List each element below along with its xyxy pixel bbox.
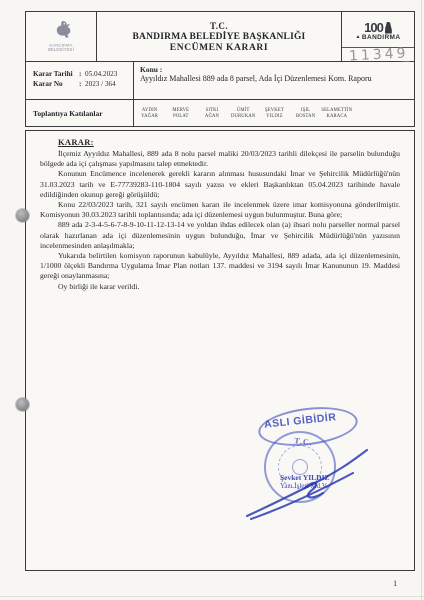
attendee: ÜMİTDURUKAN xyxy=(228,107,259,119)
decision-date: Karar Tarihi:05.04.2023 xyxy=(33,70,133,80)
paper-edge xyxy=(0,596,424,597)
decision-date-no-cell: Karar Tarihi:05.04.2023 Karar No:2023 / … xyxy=(26,62,134,99)
attendee: MERVEPOLAT xyxy=(165,107,196,119)
signature-icon xyxy=(241,428,381,523)
municipality-logo-cell: BANDIRMA BELEDİYESİ xyxy=(26,12,97,61)
scanned-document-page: BANDIRMA BELEDİYESİ T.C. BANDIRMA BELEDİ… xyxy=(0,0,424,600)
title-decision: ENCÜMEN KARARI xyxy=(170,43,268,53)
centenary-logo: 100 ▲ BANDIRMA xyxy=(342,15,414,48)
meta-row-attendees: Toplantıya Katılanlar AYDINYAĞAR MERVEPO… xyxy=(26,100,414,126)
decision-paragraph: Konu 22/03/2023 tarih, 321 sayılı encüme… xyxy=(40,200,400,220)
certification-stamp: ASLI GİBİDİR T.C. Şevket YILDIZ Yazı İşl… xyxy=(245,400,385,525)
attendees-label: Toplantıya Katılanlar xyxy=(33,109,103,118)
title-municipality: BANDIRMA BELEDİYE BAŞKANLIĞI xyxy=(133,32,306,42)
ataturk-silhouette-icon xyxy=(385,22,392,34)
decision-number: Karar No:2023 / 364 xyxy=(33,80,133,90)
page-number: 1 xyxy=(393,578,397,588)
attendee: SELAMETTİNKARACA xyxy=(321,107,352,119)
attendee: SITKIAĞAN xyxy=(196,107,227,119)
punch-hole xyxy=(16,209,29,222)
decision-closing: Oy birliği ile karar verildi. xyxy=(40,282,400,292)
meta-row-decision: Karar Tarihi:05.04.2023 Karar No:2023 / … xyxy=(26,62,414,100)
decision-paragraph: Konunun Encümence incelenerek gerekli ka… xyxy=(40,169,400,200)
subject-label: Konu : xyxy=(140,65,414,74)
punch-hole xyxy=(16,398,29,411)
bandirma-bird-logo-icon xyxy=(48,18,74,42)
subject-cell: Konu : Ayyıldız Mahallesi 889 ada 8 pars… xyxy=(134,62,414,99)
decision-paragraph: 889 ada 2-3-4-5-6-7-8-9-10-11-12-13-14 v… xyxy=(40,220,400,251)
meta-table: Karar Tarihi:05.04.2023 Karar No:2023 / … xyxy=(25,62,415,127)
centenary-number: 100 xyxy=(364,21,383,34)
attendees-label-cell: Toplantıya Katılanlar xyxy=(26,100,134,126)
centenary-city: BANDIRMA xyxy=(362,34,401,41)
centenary-logo-cell: 100 ▲ BANDIRMA 11349 xyxy=(341,12,414,61)
header-box: BANDIRMA BELEDİYESİ T.C. BANDIRMA BELEDİ… xyxy=(25,11,415,62)
attendees-cell: AYDINYAĞAR MERVEPOLAT SITKIAĞAN ÜMİTDURU… xyxy=(134,100,414,126)
subject-text: Ayyıldız Mahallesi 889 ada 8 parsel, Ada… xyxy=(140,74,414,84)
paper-edge xyxy=(421,0,422,600)
decision-heading: KARAR: xyxy=(58,137,400,147)
attendee: ŞEVKETYILDIZ xyxy=(259,107,290,119)
decision-paragraph: İlçemiz Ayyıldız Mahallesi, 889 ada 8 no… xyxy=(40,149,400,169)
attendee: AYDINYAĞAR xyxy=(134,107,165,119)
sail-icon: ▲ xyxy=(356,35,361,40)
attendee: IŞILBOSTAN xyxy=(290,107,321,119)
title-tc: T.C. xyxy=(210,21,228,31)
municipality-logo-caption: BANDIRMA BELEDİYESİ xyxy=(48,44,74,52)
document-title: T.C. BANDIRMA BELEDİYE BAŞKANLIĞI ENCÜME… xyxy=(97,12,341,61)
decision-paragraph: Yukarıda belirtilen komisyon raporunun k… xyxy=(40,251,400,282)
